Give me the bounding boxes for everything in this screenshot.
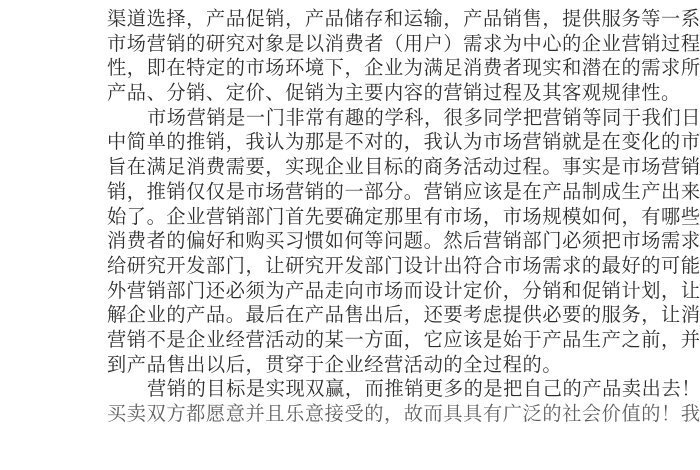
paragraph-start-line: 市场营销是一门非常有趣的学科，很多同学把营销等同于我们日常生活 [107,106,585,131]
text-line: 销，推销仅仅是市场营销的一部分。营销应该是在产品制成生产出来之前就开 [107,180,585,205]
text-line: 旨在满足消费需要，实现企业目标的商务活动过程。事实是市场营销不等于推 [107,155,585,180]
document-body-text: 渠道选择，产品促销，产品储存和运输，产品销售，提供服务等一系列活动。 市场营销的… [107,7,585,427]
text-line-cut-off: 买卖双方都愿意并且乐意接受的，故而具具有广泛的社会价值的！我们通常目 [107,402,585,427]
paragraph-start-line: 营销的目标是实现双赢，而推销更多的是把自己的产品卖出去！双赢是 [107,377,585,402]
text-line: 性，即在特定的市场环境下，企业为满足消费者现实和潜在的需求所实施的以 [107,56,585,81]
text-line: 消费者的偏好和购买习惯如何等问题。然后营销部门必须把市场需求情况反馈 [107,229,585,254]
text-line: 到产品售出以后，贯穿于企业经营活动的全过程的。 [107,353,585,378]
text-line: 外营销部门还必须为产品走向市场而设计定价，分销和促销计划，让消费者了 [107,279,585,304]
text-line: 营销不是企业经营活动的某一方面，它应该是始于产品生产之前，并一直延续 [107,328,585,353]
text-line: 始了。企业营销部门首先要确定那里有市场，市场规模如何，有哪些细分市场， [107,205,585,230]
text-line: 给研究开发部门，让研究开发部门设计出符合市场需求的最好的可能产品。此 [107,254,585,279]
text-line: 渠道选择，产品促销，产品储存和运输，产品销售，提供服务等一系列活动。 [107,7,585,32]
document-page: 渠道选择，产品促销，产品储存和运输，产品销售，提供服务等一系列活动。 市场营销的… [0,0,700,470]
text-line: 市场营销的研究对象是以消费者（用户）需求为中心的企业营销过程及其规律 [107,32,585,57]
text-line: 中简单的推销，我认为那是不对的，我认为市场营销就是在变化的市场环境中， [107,130,585,155]
text-line: 解企业的产品。最后在产品售出后，还要考虑提供必要的服务，让消费者满意。 [107,303,585,328]
text-line: 产品、分销、定价、促销为主要内容的营销过程及其客观规律性。 [107,81,585,106]
